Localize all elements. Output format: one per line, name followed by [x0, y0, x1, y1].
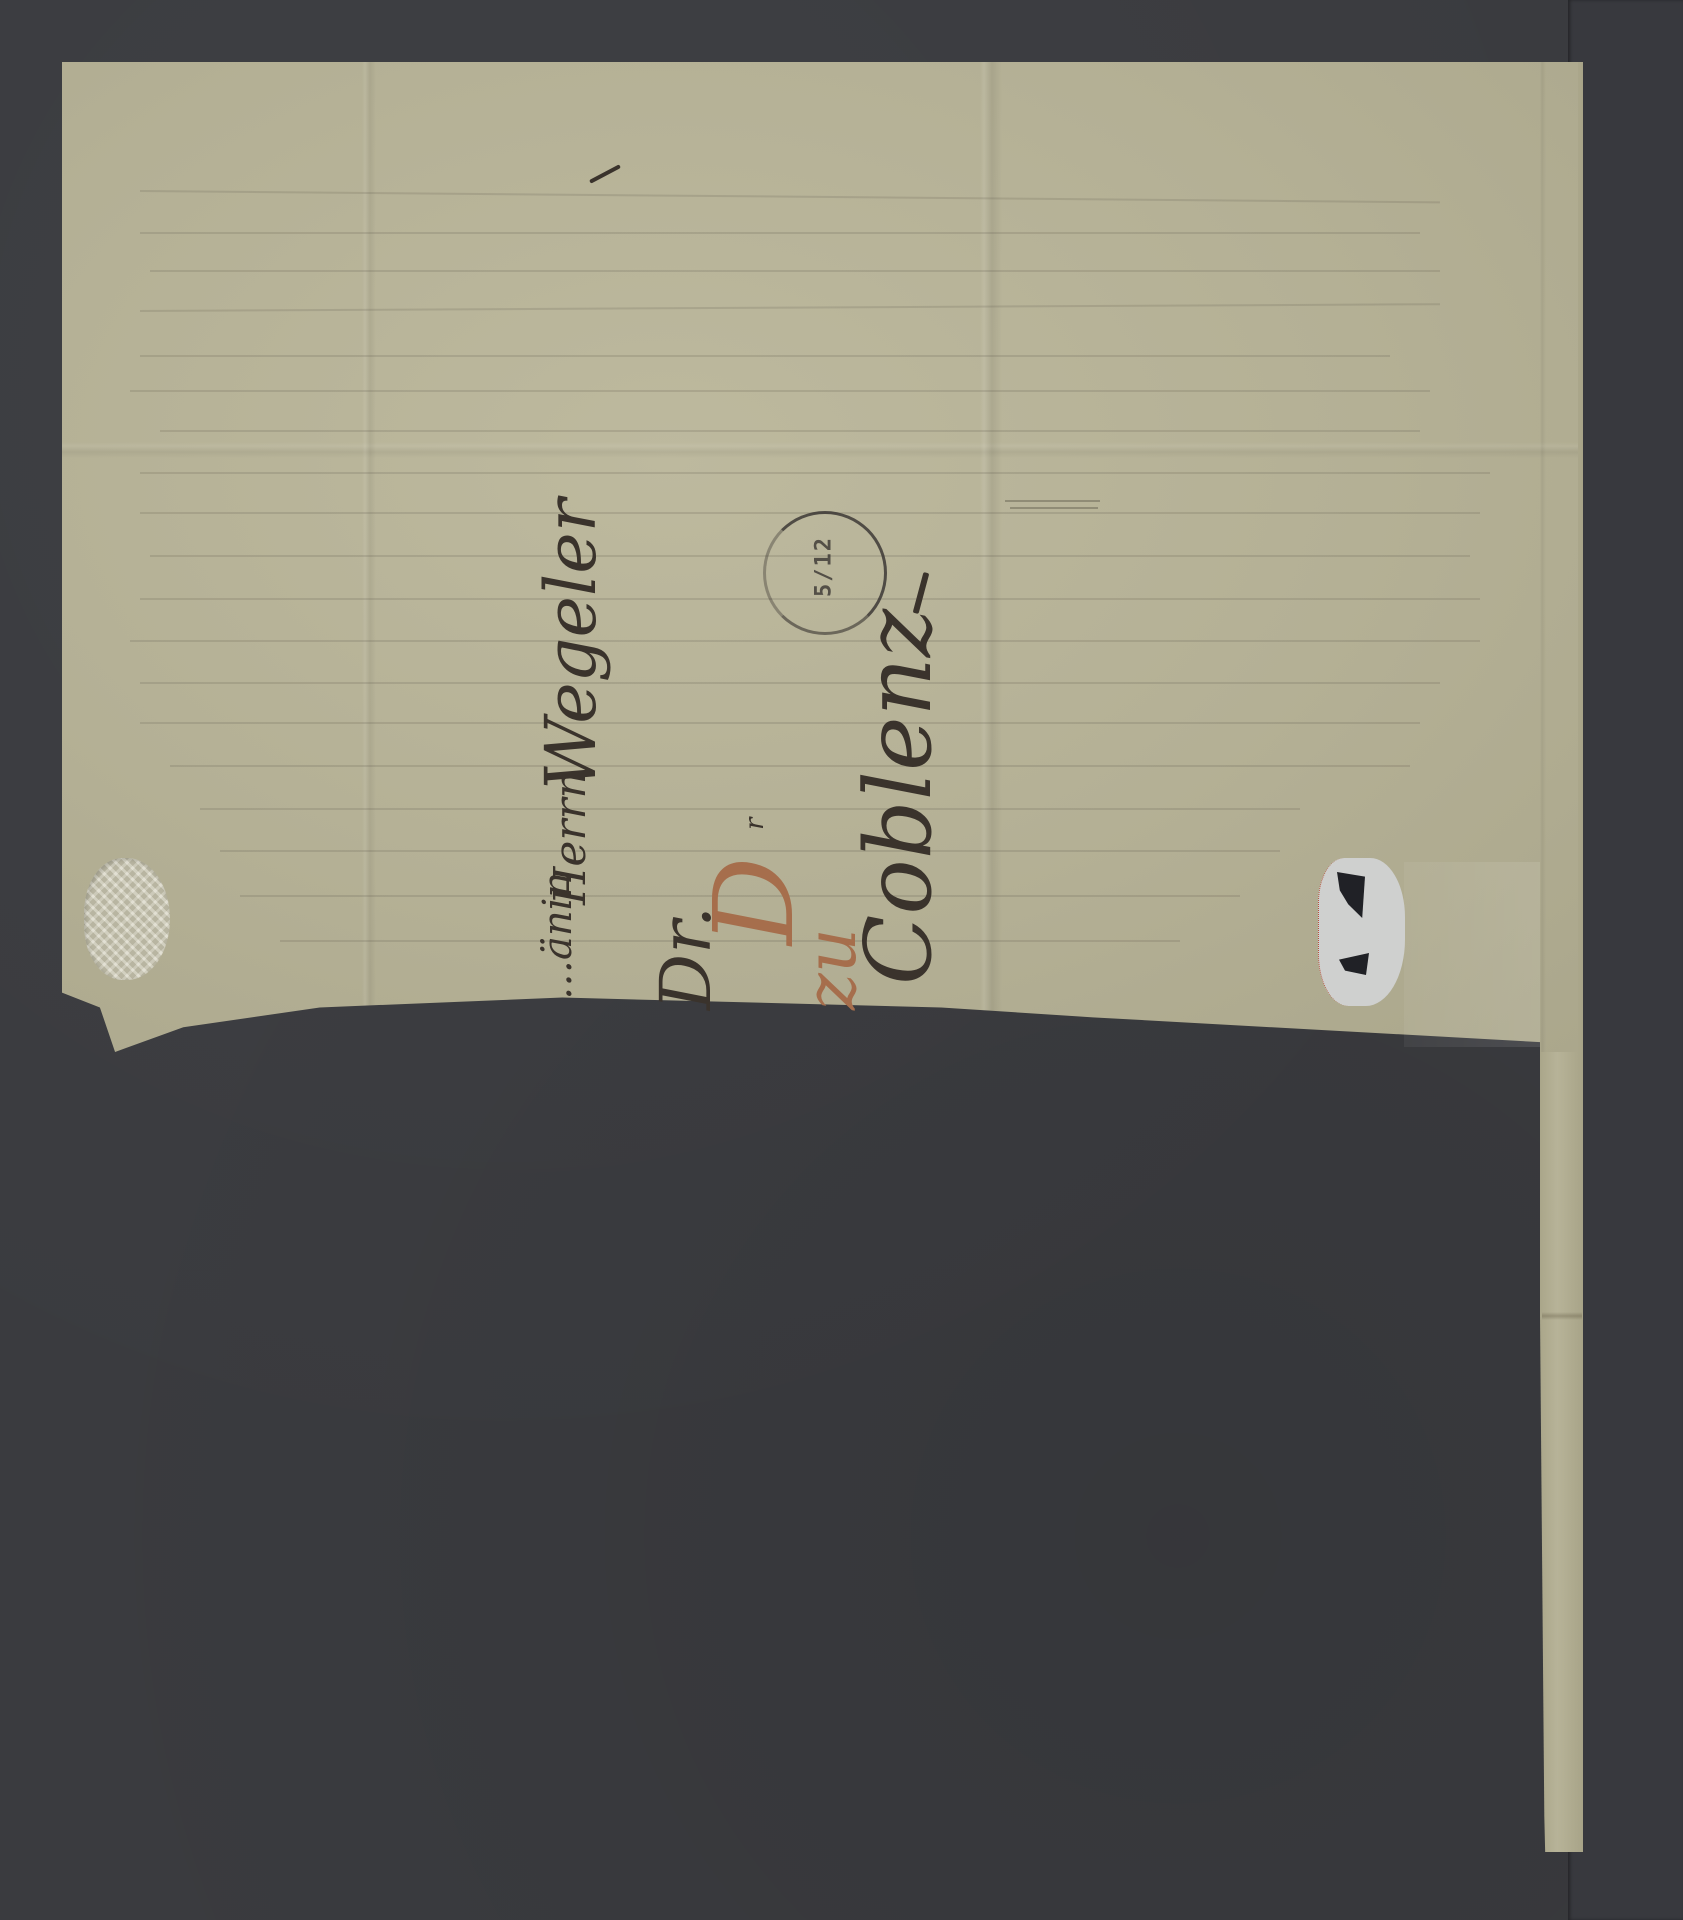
strip-fold-mark — [1542, 1312, 1582, 1320]
torn-hole — [1318, 858, 1405, 1006]
background-right-panel — [1568, 0, 1683, 1920]
brown-superscript: r — [740, 818, 770, 830]
embossed-seal — [84, 858, 170, 980]
repair-patch — [1404, 862, 1540, 1047]
strike-mark-2 — [1010, 507, 1098, 509]
address-city: Coblenz — [845, 609, 952, 985]
tear-hole-upper — [1337, 872, 1365, 918]
tear-hole-lower — [1339, 953, 1369, 975]
address-name: Wegeler — [530, 499, 612, 790]
address-salutation: Herrn — [545, 770, 596, 905]
postmark-stamp: 5/12 — [763, 511, 887, 635]
strike-mark-1 — [1005, 500, 1100, 502]
postmark-date: 5/12 — [812, 517, 837, 617]
